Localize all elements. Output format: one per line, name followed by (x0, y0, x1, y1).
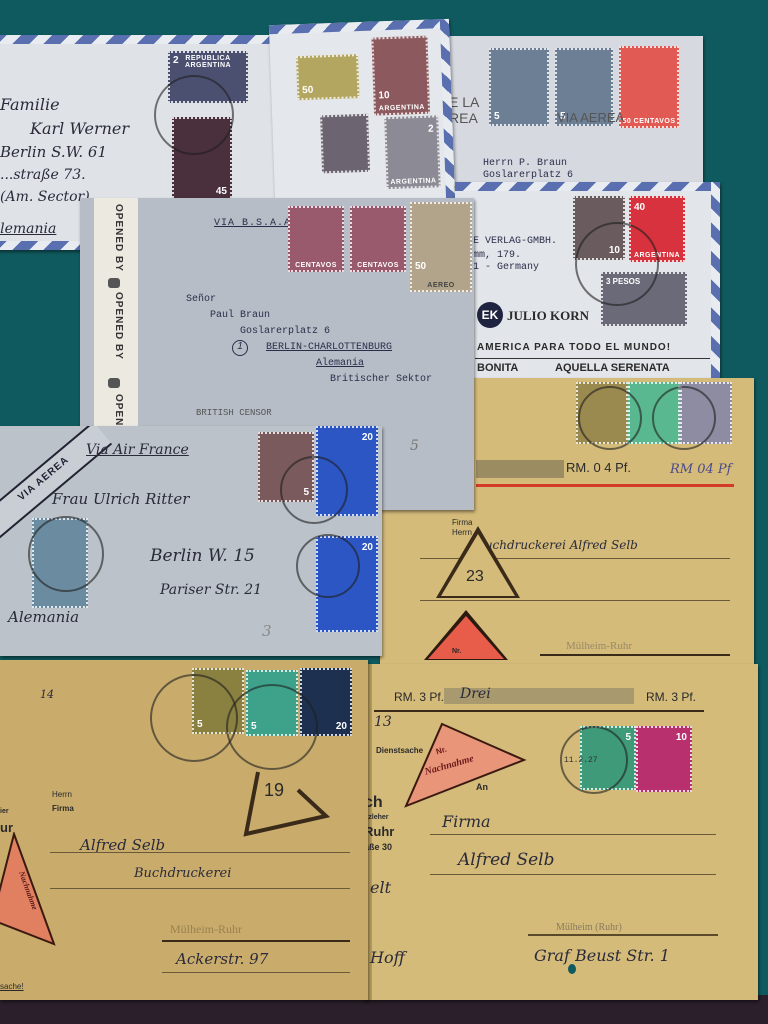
field-label: Herrn (52, 790, 72, 799)
city-stamp: Mülheim-Ruhr (566, 640, 632, 652)
partial-text: ier (0, 808, 9, 815)
stamp: 5 (489, 48, 549, 126)
nachnahme-label-fill (428, 616, 504, 659)
censor-stamp: BRITISH CENSOR (196, 408, 272, 418)
postmark-date: 11.2.27 (564, 756, 598, 765)
triangle-stamp (238, 770, 338, 840)
slogan: AMERICA PARA TODO EL MUNDO! (477, 342, 671, 353)
address-line: Britischer Sektor (330, 374, 432, 385)
cover-julio-korn: 10 40ARGENTINA 3 PESOS E VERLAG-GMBH. mm… (455, 182, 720, 378)
pencil-note: 5 (410, 438, 419, 454)
pencil-note: 3 (262, 622, 272, 640)
amount-box (476, 460, 564, 478)
stamp: CENTAVOS (350, 206, 406, 272)
an-label: An (476, 782, 488, 792)
divider (475, 358, 710, 359)
cover-nachnahme-19: 14 5 5 20 19 Herrn Firma ier ur Nachnahm… (0, 660, 368, 1000)
address-line: Berlin W. 15 (150, 546, 255, 566)
postmark (226, 684, 318, 770)
ek-logo: EK (477, 302, 503, 328)
rule (430, 874, 716, 875)
brand-name: JULIO KORN (507, 308, 589, 324)
crown-icon (108, 378, 120, 388)
rule (50, 888, 350, 889)
rule (540, 654, 730, 656)
sender-partial: aße 30 (364, 842, 392, 852)
postmark (28, 516, 104, 592)
cover-p-braun: 5 5 50 CENTAVOS E LA REA VIA AEREA Herrn… (445, 36, 703, 186)
circled-mark: 1 (232, 340, 248, 356)
address-line: Pariser Str. 21 (160, 582, 262, 598)
postmark (575, 222, 659, 306)
song-title: AQUELLA SERENATA (555, 362, 670, 374)
address-line: Herrn P. Braun (483, 158, 567, 169)
cover-multi-stamp: 50 10ARGENTINA 2ARGENTINA (269, 19, 455, 205)
airmail-border (0, 35, 280, 44)
postmark (154, 75, 234, 155)
slogan-cancel: E LA (449, 94, 479, 110)
amount-repeat: RM. 3 Pf. (646, 690, 696, 704)
page-number: 14 (40, 688, 54, 701)
stamp: 2ARGENTINA (384, 115, 440, 189)
partial-hand: elt (370, 878, 391, 897)
address-line: Goslarerplatz 6 (483, 170, 573, 181)
rule (162, 972, 350, 973)
amount-repeat: RM 04 Pf (670, 462, 731, 477)
rule (528, 934, 718, 936)
airmail-border (269, 19, 449, 34)
postmark (150, 674, 238, 762)
address-line: E VERLAG-GMBH. (473, 236, 557, 247)
address-line: Paul Braun (210, 310, 270, 321)
triangle-stamp-inner (441, 534, 515, 596)
song-title: BONITA (477, 362, 518, 374)
postmark (652, 386, 716, 450)
postmark (280, 456, 348, 524)
rule (430, 834, 716, 835)
address-line: (Am. Sector) (0, 189, 90, 205)
cover-nachnahme-dienst: RM. 3 Pf. Drei RM. 3 Pf. 13 Dienstsache … (364, 664, 758, 1000)
address-line: Firma (442, 812, 491, 831)
label-prefix: Nr. (452, 648, 461, 655)
slogan-cancel: REA (449, 110, 478, 126)
stamp: CENTAVOS (288, 206, 344, 272)
address-line: Karl Werner (30, 119, 129, 138)
address-line: Ackerstr. 97 (176, 950, 268, 968)
address-line: Alemania (0, 221, 56, 237)
reference-number: 13 (374, 714, 392, 730)
partial-text: sache! (0, 982, 24, 991)
stamp: 50 CENTAVOS (619, 46, 679, 128)
censor-text: OPENED BY (113, 204, 124, 272)
stamp (320, 114, 370, 174)
address-line: Buchdruckerei (134, 866, 231, 881)
airmail-border (711, 182, 720, 378)
field-label: Firma (52, 804, 74, 813)
amount-label: RM. 0 4 Pf. (566, 460, 631, 475)
address-line: mm, 179. (473, 250, 521, 261)
triangle-number: 19 (264, 780, 284, 801)
airmail-border (455, 182, 720, 191)
address-line: Alemania (316, 358, 364, 369)
city-stamp: Mülheim (Ruhr) (556, 922, 622, 933)
rule (162, 940, 350, 942)
postmark (578, 386, 642, 450)
triangle-number: 23 (466, 568, 484, 586)
red-rule (476, 484, 734, 487)
stamp: 50AEREO (410, 202, 472, 292)
censor-text: OPENED BY (113, 292, 124, 360)
address-line: ...straße 73. (0, 167, 86, 183)
address-line: 1 - Germany (473, 262, 539, 273)
address-line: Alfred Selb (458, 850, 555, 870)
postmark (296, 534, 360, 598)
address-line: Graf Beust Str. 1 (534, 946, 670, 965)
address-line: BERLIN-CHARLOTTENBURG (266, 342, 392, 353)
stamp: 50 (296, 54, 359, 100)
address-line: Familie (0, 95, 60, 114)
city-stamp: Mülheim-Ruhr (170, 922, 242, 937)
address-line: Goslarerplatz 6 (240, 326, 330, 337)
stamp: 10 (636, 726, 692, 792)
punch-hole (568, 964, 576, 974)
crown-icon (108, 278, 120, 288)
stamp: 10ARGENTINA (371, 36, 430, 116)
cover-ritter: VIA AEREA Via Air France Frau Ulrich Rit… (0, 426, 382, 656)
address-line: Alemania (8, 608, 79, 626)
amount-label: RM. 3 Pf. (394, 690, 444, 704)
address-line: Señor (186, 294, 216, 305)
partial-hand: Hoff (370, 948, 405, 967)
address-line: Berlin S.W. 61 (0, 143, 107, 161)
amount-words: Drei (460, 686, 491, 702)
address-line: Frau Ulrich Ritter (52, 490, 189, 508)
rule (50, 852, 350, 853)
rule (420, 600, 730, 601)
via-label: Via Air France (86, 442, 189, 458)
slogan-cancel: VIA AEREA (557, 110, 624, 125)
sender-partial: Ruhr (364, 824, 394, 839)
